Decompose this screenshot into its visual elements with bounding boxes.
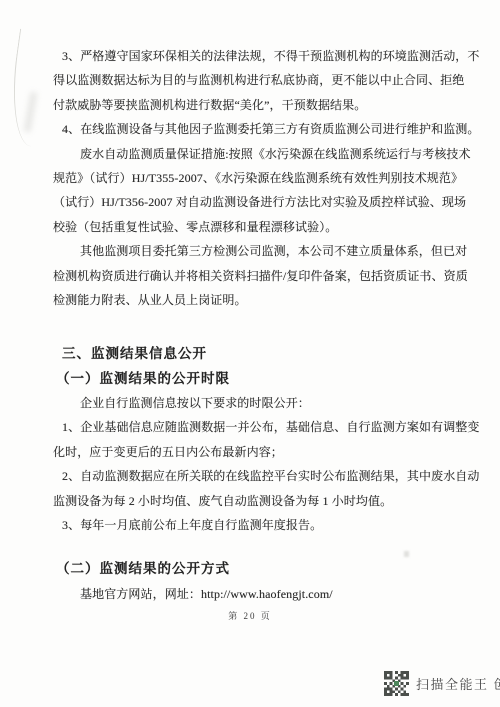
text-line: 化时，应于变更后的五日内公布最新内容； [53,440,472,464]
text-line: 规范》（试行）HJ/T355-2007、《水污染源在线监测系统有效性判别技术规范… [53,166,472,190]
text-line: 废水自动监测质量保证措施:按照《水污染源在线监测系统运行与考核技术 [53,142,472,166]
subsection-heading: （一）监测结果的公开时限 [53,367,472,391]
text-line website-line: 基地官方网站，网址：http://www.haofengjt.com/ [53,582,472,606]
section-gap [53,312,472,342]
text-line: 3、严格遵守国家环保相关的法律法规，不得干预监测机构的环境监测活动，不 [53,44,472,68]
text-line: 检测能力附表、从业人员上岗证明。 [53,288,472,312]
text-line: 付款威胁等要挟监测机构进行数据“美化”，干预数据结果。 [53,93,472,117]
camscanner-qr-icon [383,671,410,696]
text-line: 得以监测数据达标为目的与监测机构进行私底协商，更不能以中止合同、拒绝 [53,68,472,92]
text-line: 4、在线监测设备与其他因子监测委托第三方有资质监测公司进行维护和监测。 [53,117,472,141]
text-line: 校验（包括重复性试验、零点漂移和量程漂移试验）。 [53,215,472,239]
text-line: 检测机构资质进行确认并将相关资料扫描件/复印件备案，包括资质证书、资质 [53,264,472,288]
section-heading: 三、监测结果信息公开 [53,342,472,366]
page-number: 第 20 页 [0,609,500,622]
camscanner-watermark: 扫描全能王 创建 [383,671,500,696]
text-line: （试行）HJ/T356-2007 对自动监测设备进行方法比对实验及质控样试验、现… [53,190,472,214]
scanned-document-page: 3、严格遵守国家环保相关的法律法规，不得干预监测机构的环境监测活动，不 得以监测… [0,0,500,707]
document-body: 3、严格遵守国家环保相关的法律法规，不得干预监测机构的环境监测活动，不 得以监测… [0,0,500,606]
camscanner-watermark-label: 扫描全能王 创建 [416,674,500,693]
section-gap [53,537,472,557]
text-line: 3、每年一月底前公布上年度自行监测年度报告。 [53,513,472,537]
subsection-heading: （二）监测结果的公开方式 [53,557,472,581]
text-line: 1、企业基础信息应随监测数据一并公布，基础信息、自行监测方案如有调整变 [53,415,472,439]
text-line: 企业自行监测信息按以下要求的时限公开： [53,391,472,415]
text-line: 监测设备为每 2 小时均值、废气自动监测设备为每 1 小时均值。 [53,489,472,513]
text-line: 2、自动监测数据应在所关联的在线监控平台实时公布监测结果，其中废水自动 [53,464,472,488]
text-line: 其他监测项目委托第三方检测公司监测，本公司不建立质量体系，但已对 [53,239,472,263]
